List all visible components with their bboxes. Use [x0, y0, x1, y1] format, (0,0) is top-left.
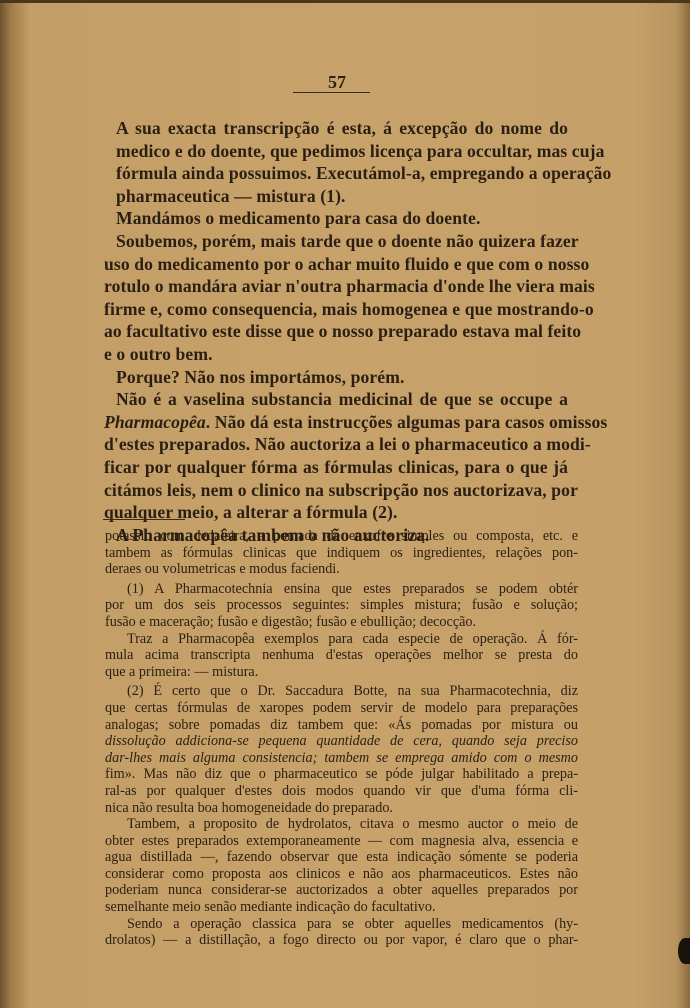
text-line: rotulo o mandára aviar n'outra pharmacia…	[104, 275, 568, 298]
text-line: Mandámos o medicamento para casa do doen…	[116, 207, 568, 230]
footnote-separator	[103, 519, 185, 520]
footnote-line: ral-as por qualquer d'estes dois modos q…	[105, 783, 578, 800]
footnote-line: semelhante meio senão mediante indicação…	[105, 899, 578, 916]
footnote-line: Tambem, a proposito de hydrolatos, citav…	[105, 816, 578, 833]
text-line: e o outro bem.	[104, 343, 568, 366]
binding-clip	[678, 938, 690, 964]
footnote-line: mula acima transcripta nenhuma d'estas o…	[105, 647, 578, 664]
text-line: Porque? Não nos importámos, porém.	[116, 366, 568, 389]
footnote-line: obter estes preparados extemporaneamente…	[105, 833, 578, 850]
text-line: ao facultativo este disse que o nosso pr…	[104, 320, 568, 343]
text-line: Soubemos, porém, mais tarde que o doente…	[116, 230, 568, 253]
footnote-line: potassio com dedaleira, a pomada de enxo…	[105, 528, 578, 545]
footnote-line: dissolução addiciona-se pequena quantida…	[105, 733, 578, 750]
text-line: medico e do doente, que pedimos licença …	[116, 140, 568, 163]
book-page: 57 A sua exacta transcripção é esta, á e…	[0, 0, 690, 1008]
text-line: qualquer meio, a alterar a fórmula (2).	[104, 501, 568, 524]
text-line: fórmula ainda possuimos. Executámol-a, e…	[116, 162, 568, 185]
text-line: firme e, como consequencia, mais homogen…	[104, 298, 568, 321]
text-line: pharmaceutica — mistura (1).	[116, 185, 568, 208]
footnote-line: dar-lhes mais alguma consistencia; tambe…	[105, 750, 578, 767]
footnote-line: poderiam nunca considerar-se auctorizado…	[105, 882, 578, 899]
footnote-line: nica não resulta boa homogeneidade do pr…	[105, 800, 578, 817]
text-line: A sua exacta transcripção é esta, á exce…	[116, 117, 568, 140]
page-top-edge	[0, 0, 690, 3]
footnote-line: deraes ou volumetricas e modus faciendi.	[105, 561, 578, 578]
footnote-line: drolatos) — a distillação, a fogo direct…	[105, 932, 578, 949]
footnote-line: Sendo a operação classica para se obter …	[105, 916, 578, 933]
footnote-line: agua distillada —, fazendo observar que …	[105, 849, 578, 866]
text-line: Pharmacopêa. Não dá esta instrucções alg…	[104, 411, 568, 434]
text-line: Não é a vaselina substancia medicinal de…	[116, 388, 568, 411]
footnote-line: por um dos seis processos seguintes: sim…	[105, 597, 578, 614]
footnote-line: tambem as fórmulas clinicas que indiquem…	[105, 545, 578, 562]
main-body-text: A sua exacta transcripção é esta, á exce…	[116, 117, 568, 546]
footnote-line: que certas fórmulas de xaropes podem ser…	[105, 700, 578, 717]
page-number-rule	[293, 92, 370, 93]
text-line: uso do medicamento por o achar muito flu…	[104, 253, 568, 276]
footnote-1-line: (1) A Pharmacotechnia ensina que estes p…	[105, 581, 578, 598]
footnote-line: analogas; sobre pomadas diz tambem que: …	[105, 717, 578, 734]
footnote-line: considerar como proposta aos clinicos e …	[105, 866, 578, 883]
text-line: ficar por qualquer fórma as fórmulas cli…	[104, 456, 568, 479]
italic-title: Pharmacopêa	[104, 412, 206, 432]
footnote-line: fim». Mas não diz que o pharmaceutico se…	[105, 766, 578, 783]
page-number: 57	[322, 72, 352, 93]
footnote-line: fusão e maceração; fusão e digestão; fus…	[105, 614, 578, 631]
text-line: d'estes preparados. Não auctoriza a lei …	[104, 433, 568, 456]
footnote-line: que a primeira: — mistura.	[105, 664, 578, 681]
footnote-2-line: (2) É certo que o Dr. Saccadura Botte, n…	[105, 683, 578, 700]
footnotes: potassio com dedaleira, a pomada de enxo…	[105, 528, 578, 949]
text-line: citámos leis, nem o clinico na subscripç…	[104, 479, 568, 502]
footnote-line: Traz a Pharmacopêa exemplos para cada es…	[105, 631, 578, 648]
